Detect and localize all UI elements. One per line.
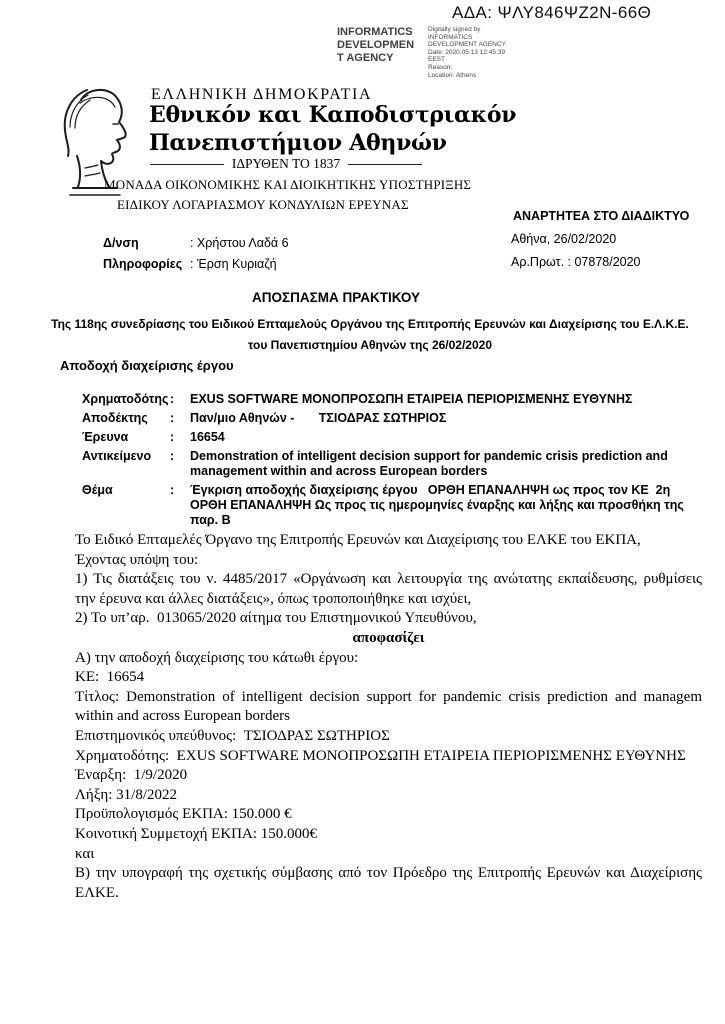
info-label: Πληροφορίες bbox=[103, 257, 182, 271]
row-colon: : bbox=[170, 411, 190, 426]
row-value: Demonstration of intelligent decision su… bbox=[190, 449, 694, 479]
row-colon: : bbox=[170, 483, 190, 528]
body-line: 1) Τις διατάξεις του ν. 4485/2017 «Οργάν… bbox=[75, 570, 702, 590]
table-row: Αντικείμενο:Demonstration of intelligent… bbox=[82, 449, 694, 479]
details-table: Χρηματοδότης:EXUS SOFTWARE ΜΟΝΟΠΡΟΣΩΠΗ Ε… bbox=[82, 392, 694, 532]
founded-rule-right bbox=[348, 164, 422, 165]
city-date: Αθήνα, 26/02/2020 bbox=[511, 232, 616, 246]
address-label: Δ/νση bbox=[103, 236, 139, 250]
signature-agency-name: INFORMATICS DEVELOPMEN T AGENCY bbox=[337, 26, 423, 79]
row-colon: : bbox=[170, 392, 190, 407]
body-line: Έναρξη: 1/9/2020 bbox=[75, 766, 702, 786]
minutes-session-line: Της 118ης συνεδρίασης του Ειδικού Επταμε… bbox=[40, 314, 700, 356]
web-posting-label: ΑΝΑΡΤΗΤΕΑ ΣΤΟ ΔΙΑΔΙΚΤΥΟ bbox=[513, 209, 689, 223]
founded-rule-left bbox=[150, 164, 224, 165]
body-line: Α) την αποδοχή διαχείρισης του κάτωθι έρ… bbox=[75, 649, 702, 669]
row-value: Έγκριση αποδοχής διαχείρισης έργου ΟΡΘΗ … bbox=[190, 483, 694, 528]
body-line: Το Ειδικό Επταμελές Όργανο της Επιτροπής… bbox=[75, 531, 702, 551]
founded-line: ΙΔΡΥΘΕΝ ΤΟ 1837 bbox=[150, 156, 422, 172]
body-line: Προϋπολογισμός ΕΚΠΑ: 150.000 € bbox=[75, 805, 702, 825]
decision-body: Το Ειδικό Επταμελές Όργανο της Επιτροπής… bbox=[75, 531, 702, 903]
row-value: 16654 bbox=[190, 430, 694, 445]
body-line: Έχοντας υπόψη του: bbox=[75, 551, 702, 571]
row-label: Έρευνα bbox=[82, 430, 170, 445]
body-line: 2) Το υπ’αρ. 013065/2020 αίτημα του Επισ… bbox=[75, 609, 702, 629]
university-name-line1: Εθνικόν και Καποδιστριακόν bbox=[149, 102, 516, 128]
ada-code: ΑΔΑ: ΨΛΥ846ΨΖ2Ν-66Θ bbox=[452, 3, 651, 23]
body-line: Χρηματοδότης: EXUS SOFTWARE ΜΟΝΟΠΡΟΣΩΠΗ … bbox=[75, 747, 702, 767]
university-name-line2: Πανεπιστήμιον Αθηνών bbox=[149, 130, 447, 156]
body-line: Β) την υπογραφή της σχετικής σύμβασης απ… bbox=[75, 864, 702, 884]
body-line: Επιστημονικός υπεύθυνος: ΤΣΙΟΔΡΑΣ ΣΩΤΗΡΙ… bbox=[75, 727, 702, 747]
table-row: Θέμα:Έγκριση αποδοχής διαχείρισης έργου … bbox=[82, 483, 694, 528]
body-line: Λήξη: 31/8/2022 bbox=[75, 786, 702, 806]
row-value: EXUS SOFTWARE ΜΟΝΟΠΡΟΣΩΠΗ ΕΤΑΙΡΕΙΑ ΠΕΡΙΟ… bbox=[190, 392, 694, 407]
body-line: ΚΕ: 16654 bbox=[75, 668, 702, 688]
signature-details: Digitally signed by INFORMATICS DEVELOPM… bbox=[428, 26, 514, 79]
row-label: Χρηματοδότης bbox=[82, 392, 170, 407]
info-value: : Έρση Κυριαζή bbox=[190, 257, 277, 271]
body-line: αποφασίζει bbox=[75, 629, 702, 649]
row-value: Παν/μιο Αθηνών - ΤΣΙΟΔΡΑΣ ΣΩΤΗΡΙΟΣ bbox=[190, 411, 694, 426]
unit-line2: ΕΙΔΙΚΟΥ ΛΟΓΑΡΙΑΣΜΟΥ ΚΟΝΔΥΛΙΩΝ ΕΡΕΥΝΑΣ bbox=[117, 197, 409, 213]
digital-signature-block: INFORMATICS DEVELOPMEN T AGENCY Digitall… bbox=[337, 26, 514, 79]
body-line: Κοινοτική Συμμετοχή ΕΚΠΑ: 150.000€ bbox=[75, 825, 702, 845]
unit-line1: ΜΟΝΑΔΑ ΟΙΚΟΝΟΜΙΚΗΣ ΚΑΙ ΔΙΟΙΚΗΤΙΚΗΣ ΥΠΟΣΤ… bbox=[104, 177, 471, 193]
table-row: Έρευνα:16654 bbox=[82, 430, 694, 445]
table-row: Αποδέκτης:Παν/μιο Αθηνών - ΤΣΙΟΔΡΑΣ ΣΩΤΗ… bbox=[82, 411, 694, 426]
protocol-number: Αρ.Πρωτ. : 07878/2020 bbox=[511, 255, 641, 269]
table-row: Χρηματοδότης:EXUS SOFTWARE ΜΟΝΟΠΡΟΣΩΠΗ Ε… bbox=[82, 392, 694, 407]
body-line: Τίτλος: Demonstration of intelligent dec… bbox=[75, 688, 702, 708]
body-line: και bbox=[75, 845, 702, 865]
body-line: within and across European borders bbox=[75, 707, 702, 727]
address-value: : Χρήστου Λαδά 6 bbox=[190, 236, 289, 250]
body-line: ΕΛΚΕ. bbox=[75, 884, 702, 904]
row-colon: : bbox=[170, 430, 190, 445]
founded-text: ΙΔΡΥΘΕΝ ΤΟ 1837 bbox=[224, 156, 348, 172]
section-heading: Αποδοχή διαχείρισης έργου bbox=[60, 358, 234, 373]
minutes-title: ΑΠΟΣΠΑΣΜΑ ΠΡΑΚΤΙΚΟΥ bbox=[0, 290, 672, 305]
row-label: Αποδέκτης bbox=[82, 411, 170, 426]
row-label: Αντικείμενο bbox=[82, 449, 170, 479]
row-colon: : bbox=[170, 449, 190, 479]
body-line: την έρευνα και άλλες διατάξεις», όπως τρ… bbox=[75, 590, 702, 610]
row-label: Θέμα bbox=[82, 483, 170, 528]
document-page: ΑΔΑ: ΨΛΥ846ΨΖ2Ν-66Θ INFORMATICS DEVELOPM… bbox=[0, 0, 725, 1024]
